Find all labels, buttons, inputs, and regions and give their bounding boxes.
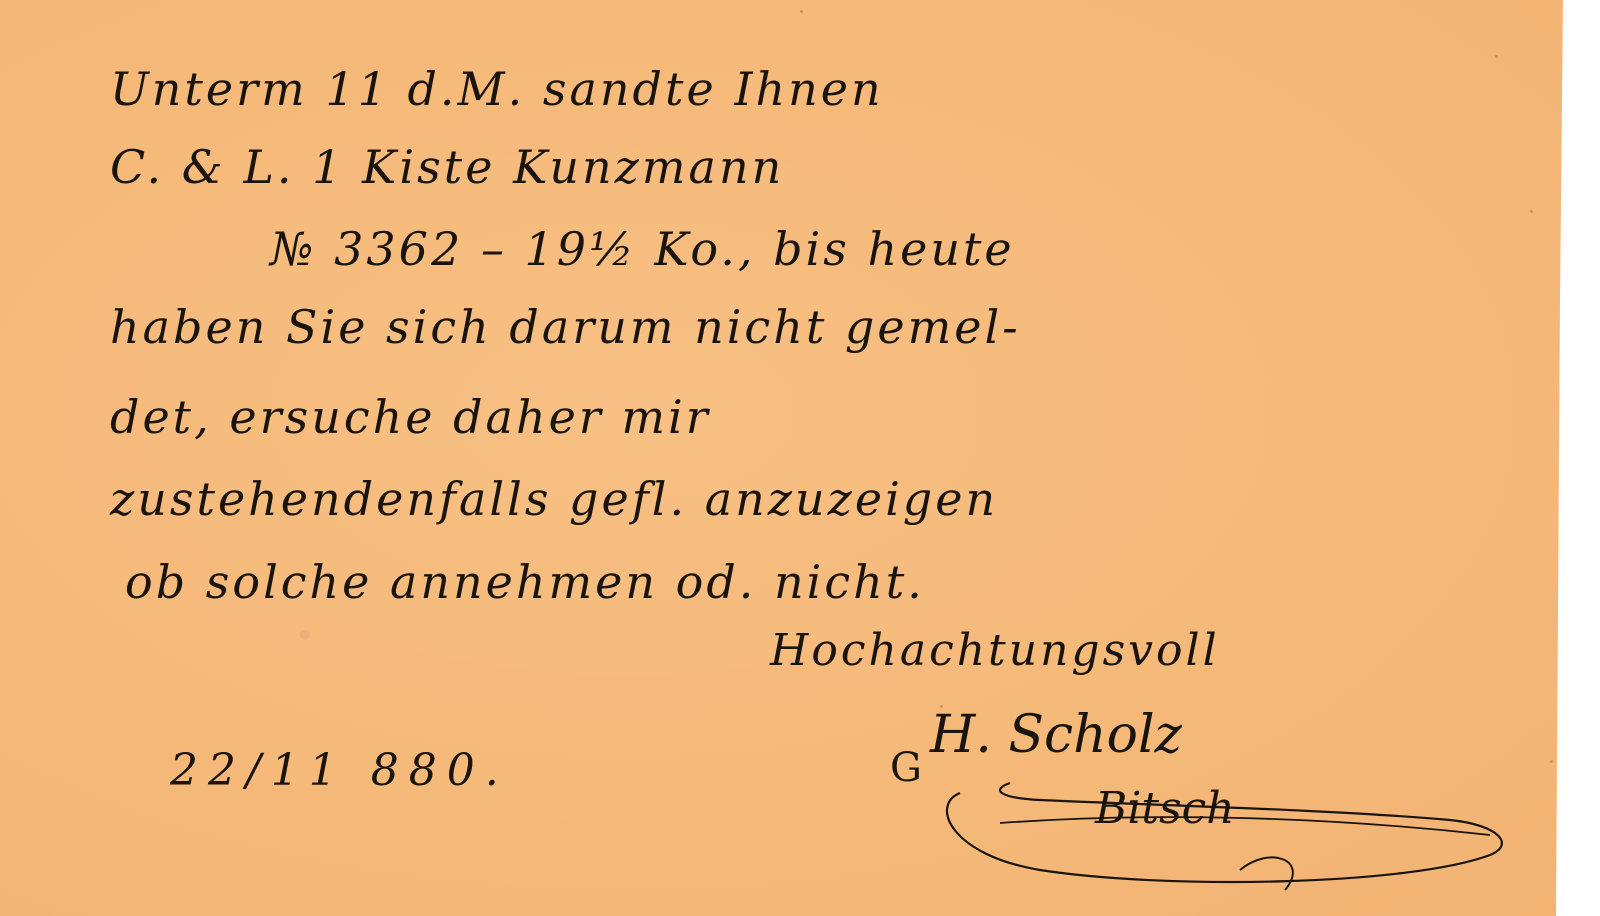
letter-date: 22/11 880. (170, 745, 509, 796)
signature-block: G H. Scholz Bitsch (890, 695, 1520, 895)
signature-prefix: G (890, 745, 922, 791)
postcard: Unterm 11 d.M. sandte Ihnen C. & L. 1 Ki… (0, 0, 1563, 916)
closing-salutation: Hochachtungsvoll (770, 625, 1220, 676)
paper-speck (800, 10, 803, 13)
paper-stain (300, 630, 310, 640)
body-line: det, ersuche daher mir (110, 390, 711, 444)
body-line: zustehendenfalls gefl. anzuzeigen (110, 472, 998, 526)
body-line: C. & L. 1 Kiste Kunzmann (110, 140, 784, 194)
signature-place: Bitsch (1095, 783, 1235, 834)
body-line: haben Sie sich darum nicht gemel- (110, 300, 1021, 354)
signature-name: H. Scholz (930, 705, 1182, 765)
body-line: ob solche annehmen od. nicht. (125, 555, 925, 609)
paper-speck (1495, 55, 1498, 58)
body-line: Unterm 11 d.M. sandte Ihnen (110, 62, 884, 116)
body-line: № 3362 – 19½ Ko., bis heute (270, 222, 1015, 276)
page: Unterm 11 d.M. sandte Ihnen C. & L. 1 Ki… (0, 0, 1600, 916)
paper-speck (1550, 760, 1553, 763)
paper-speck (1530, 210, 1533, 213)
